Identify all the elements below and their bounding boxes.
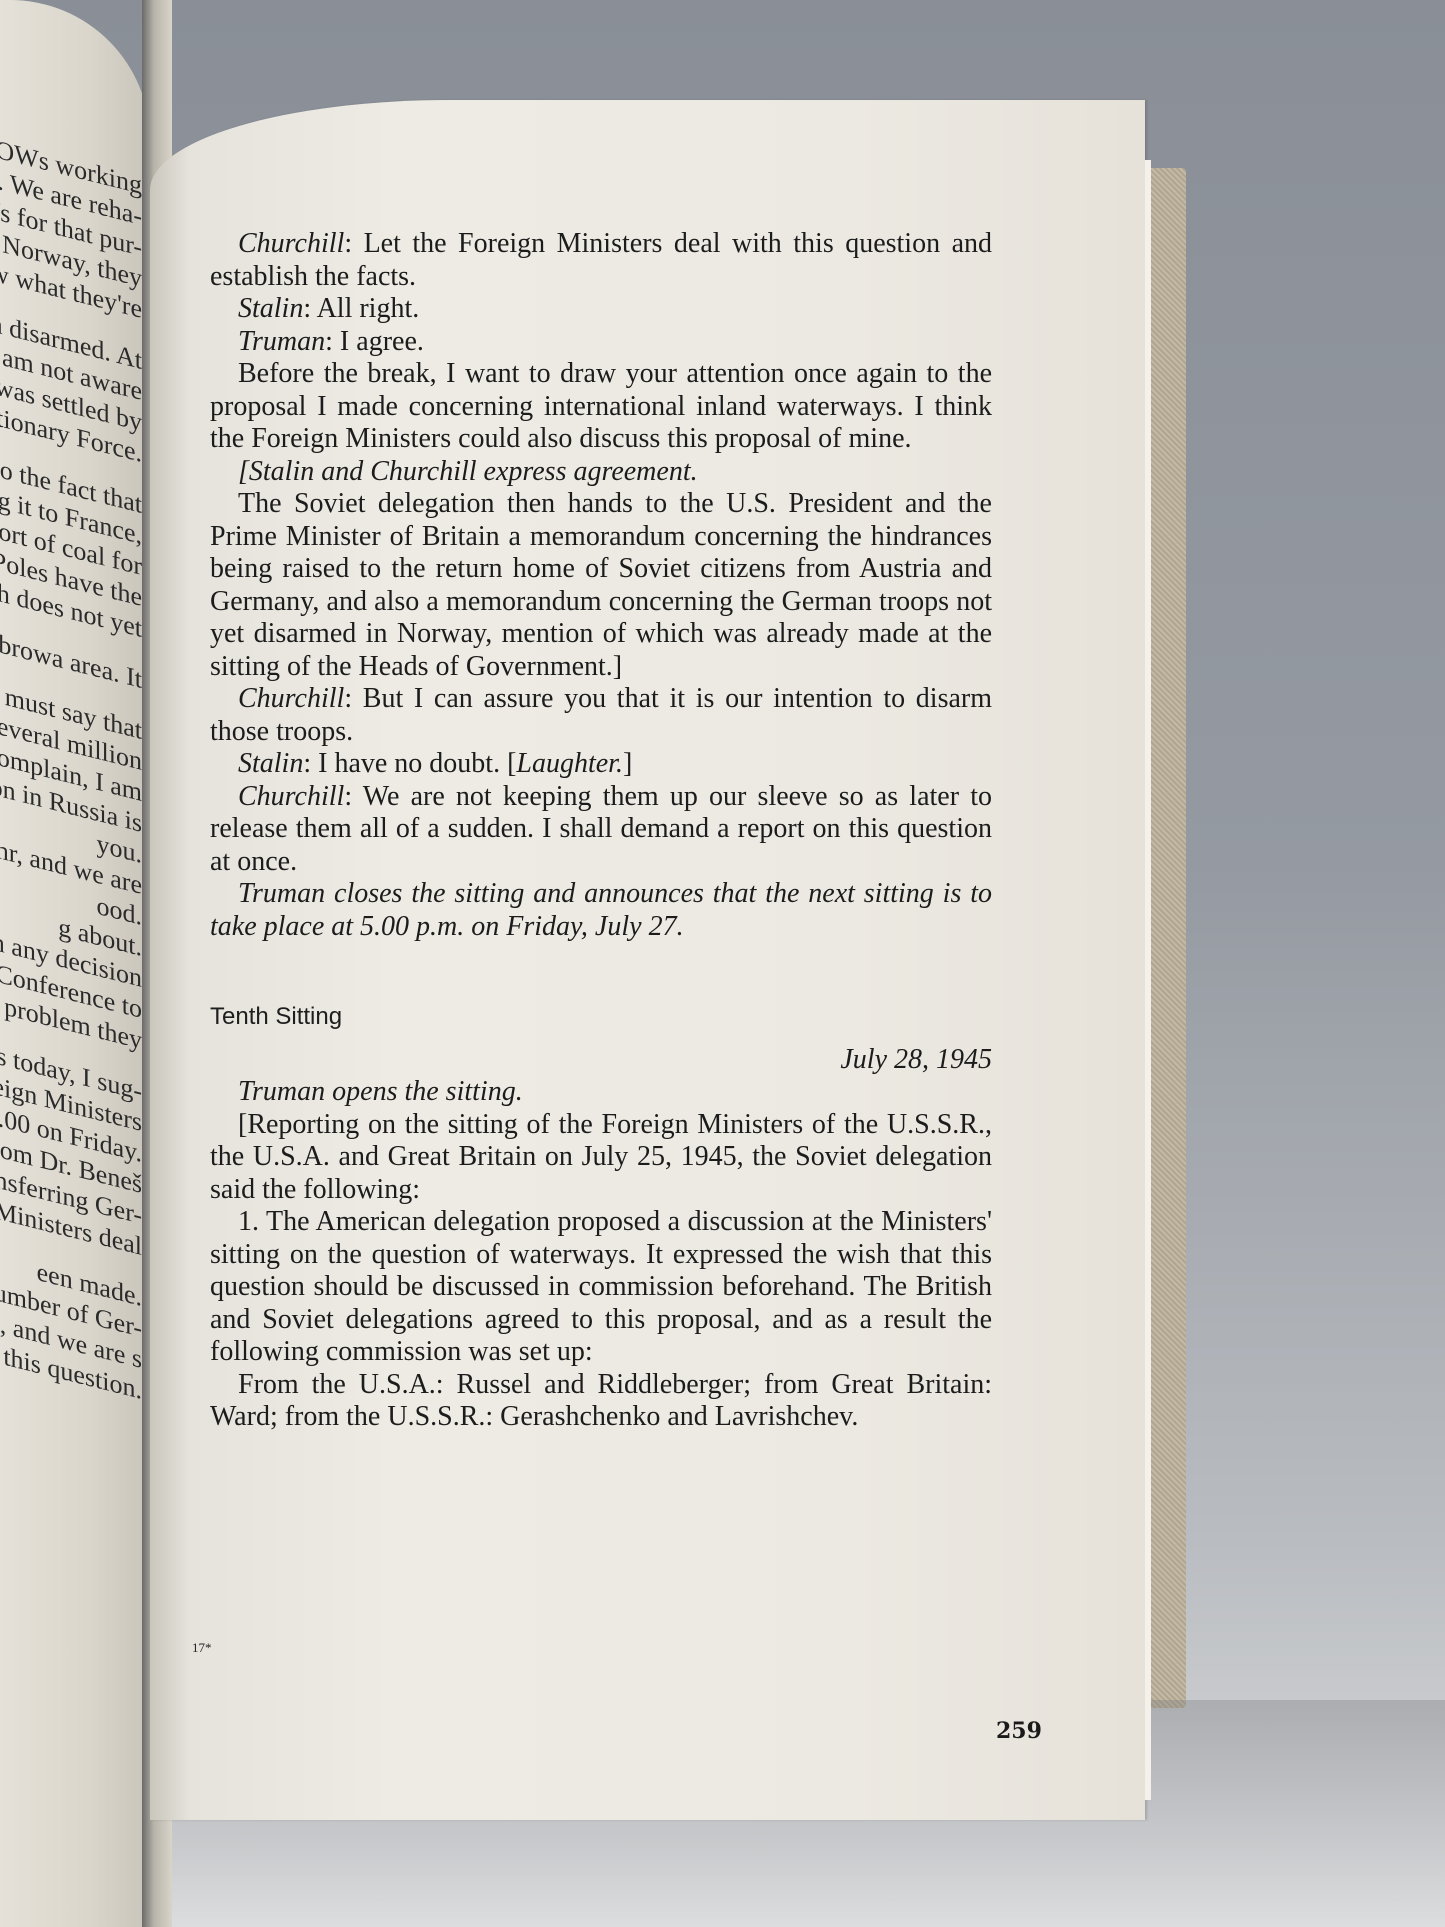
paragraph: Churchill: But I can assure you that it … <box>210 683 992 748</box>
left-page: ave POWs working hem. We are reha- OWs f… <box>0 0 150 1927</box>
paragraph: [Reporting on the sitting of the Foreign… <box>210 1109 992 1207</box>
section-heading: Tenth Sitting <box>210 1001 992 1034</box>
stage-direction: [Stalin and Churchill express agreement. <box>210 456 992 489</box>
section-date: July 28, 1945 <box>210 1044 992 1077</box>
signature-mark: 17* <box>192 1640 212 1656</box>
paragraph: Truman: I agree. <box>210 326 992 359</box>
speaker-name: Stalin <box>238 293 303 324</box>
paragraph: Churchill: Let the Foreign Ministers dea… <box>210 228 992 293</box>
paragraph: Stalin: All right. <box>210 293 992 326</box>
speaker-name: Churchill <box>238 683 344 714</box>
paragraph: The Soviet delegation then hands to the … <box>210 488 992 683</box>
speaker-name: Truman <box>238 326 325 357</box>
speaker-name: Churchill <box>238 781 344 812</box>
left-page-text: ave POWs working hem. We are reha- OWs f… <box>0 75 142 1406</box>
page-number: 259 <box>996 1718 1042 1744</box>
paragraph: 1. The American delegation proposed a di… <box>210 1206 992 1369</box>
paragraph: Before the break, I want to draw your at… <box>210 358 992 456</box>
page-body: Churchill: Let the Foreign Ministers dea… <box>210 228 992 1434</box>
right-page: Churchill: Let the Foreign Ministers dea… <box>150 100 1145 1820</box>
speaker-name: Stalin <box>238 748 303 779</box>
speaker-name: Churchill <box>238 228 344 259</box>
stage-direction: Truman opens the sitting. <box>210 1076 992 1109</box>
stage-direction: Truman closes the sitting and announces … <box>210 878 992 943</box>
paragraph: Stalin: I have no doubt. [Laughter.] <box>210 748 992 781</box>
paragraph: Churchill: We are not keeping them up ou… <box>210 781 992 879</box>
paragraph: From the U.S.A.: Russel and Riddleberger… <box>210 1369 992 1434</box>
